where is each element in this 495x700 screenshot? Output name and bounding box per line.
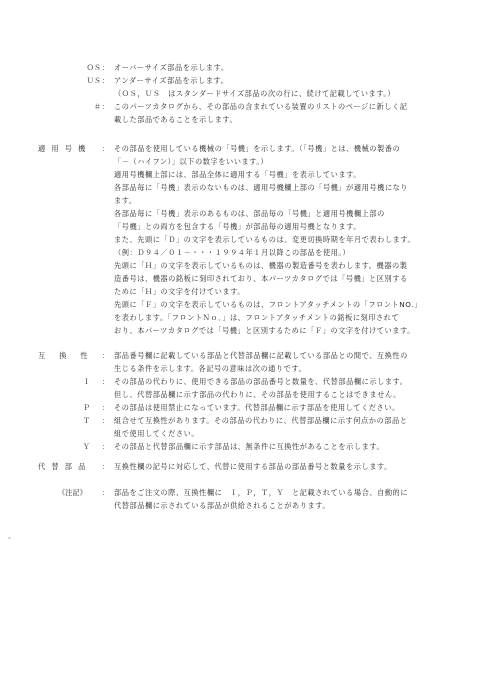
applicable-serial-line: 先頭に「Ｆ」の文字を表示しているものは、フロントアタッチメントの「フロントNO.… xyxy=(114,298,422,311)
code-i-line: 但し、代替部品欄に示す部品の代わりに、その部品を使用することはできません。 xyxy=(114,388,401,401)
interchangeability-line: 部品番号欄に記載している部品と代替部品欄に記載している部品との間で、互換性の xyxy=(114,349,408,362)
note-colon: ： xyxy=(102,486,108,499)
note-line: 代替部品欄に示されている部品が供給されることがあります。 xyxy=(114,499,330,512)
us-label: ＵＳ xyxy=(87,74,101,87)
applicable-serial-line: また、先頭に「Ｄ」の文字を表示しているものは、変更切換時期を年月で表わします。 xyxy=(114,233,415,246)
interchangeability-label: 互換性 xyxy=(38,349,102,362)
code-y-colon: ： xyxy=(102,440,108,453)
os-description: オーバーサイズ部品を示します。 xyxy=(114,61,229,74)
applicable-serial-line: 適用号機欄上部には、部品全体に適用する「号機」を表示しています。 xyxy=(114,168,361,181)
applicable-serial-line: ます。 xyxy=(114,194,137,207)
code-i-colon: ： xyxy=(102,375,108,388)
scan-mark xyxy=(8,537,11,539)
code-y-label: Ｙ xyxy=(83,440,90,453)
catalog-legend-page: ＯＳ ： オーバーサイズ部品を示します。 ＵＳ ： アンダーサイズ部品を示します… xyxy=(0,0,495,700)
applicable-serial-colon: ： xyxy=(102,142,108,155)
applicable-serial-line: 先頭に「Ｈ」の文字を表示しているものは、機器の製造番号を表わします。機器の製 xyxy=(114,259,407,272)
code-t-label: Ｔ xyxy=(83,414,90,427)
code-t-line: 組合せて互換性があります。その部品の代わりに、代替部品欄に示す何点かの部品と xyxy=(114,414,407,427)
os-colon: ： xyxy=(102,61,108,74)
note-line: 部品をご注文の際、互換性欄に Ｉ，Ｐ，Ｔ，Ｙ と記載されている場合、自動的に xyxy=(114,486,408,499)
code-y-line: その部品と代替部品欄に示す部品は、無条件に互換性があることを示します。 xyxy=(114,440,384,453)
code-i-line: その部品の代わりに、使用できる部品の部品番号と数量を、代替部品欄に示します。 xyxy=(114,375,407,388)
interchangeability-line: 生じる条件を示します。各記号の意味は次の通りです。 xyxy=(114,362,306,375)
substitute-parts-description: 互換性欄の記号に対応して、代替に使用する部品の部品番号と数量を示します。 xyxy=(114,460,392,473)
code-p-line: その部品は使用禁止になっています。代替部品欄に示す部品を使用してください。 xyxy=(114,401,400,414)
code-t-colon: ： xyxy=(102,414,108,427)
applicable-serial-line: 各部品毎に「号機」表示のあるものは、部品毎の「号機」と適用号機欄上部の xyxy=(114,207,385,220)
applicable-serial-line: 造番号は、機器の銘板に刻印されており、本パーツカタログでは「号機」と区別する xyxy=(114,272,408,285)
hash-colon: ： xyxy=(102,100,108,113)
hash-label: ＃ xyxy=(94,100,101,113)
os-label: ＯＳ xyxy=(87,61,101,74)
applicable-serial-line: その部品を使用している機械の「号機」を示します。（「号機」とは、機械の製番の xyxy=(114,142,400,155)
applicable-serial-line: おり、本パーツカタログでは「号機」と区別するために「Ｆ」の文字を付けています。 xyxy=(114,324,415,337)
code-t-line: 組で使用してください。 xyxy=(114,427,199,440)
note-label: 《注記》 xyxy=(58,486,87,499)
substitute-parts-label: 代替部品 xyxy=(38,460,92,473)
interchangeability-colon: ： xyxy=(102,349,108,362)
code-i-label: Ｉ xyxy=(83,375,90,388)
us-colon: ： xyxy=(102,74,108,87)
applicable-serial-line: 各部品毎に「号機」表示のないものは、適用号機欄上部の「号機」が適用号機になり xyxy=(114,181,408,194)
applicable-serial-line: ために「Ｈ」の文字を付けています。 xyxy=(114,285,245,298)
code-p-label: Ｐ xyxy=(83,401,90,414)
hash-description-line2: 載した部品であることを示します。 xyxy=(114,113,237,126)
applicable-serial-line: 「－（ハイフン）」以下の数字をいいます。） xyxy=(114,155,268,168)
applicable-serial-example: （例：Ｄ９４／０１－・・・１９９４年１月以降この部品を使用。） xyxy=(114,246,350,259)
us-description: アンダーサイズ部品を示します。 xyxy=(114,74,228,87)
applicable-serial-line: を表わします。「フロントＮｏ．」は、フロントアタッチメントの銘板に刻印されて xyxy=(114,311,399,324)
code-p-colon: ： xyxy=(102,401,108,414)
hash-description-line1: このパーツカタログから、その部品の含まれている装置のリストのページに新しく記 xyxy=(114,100,407,113)
applicable-serial-line: 「号機」との両方を包含する「号機」が部品毎の適用号機となります。 xyxy=(114,220,361,233)
substitute-parts-colon: ： xyxy=(102,460,108,473)
us-note: （ＯＳ，ＵＳ はスタンダードサイズ部品の次の行に、続けて記載しています。） xyxy=(114,87,395,100)
applicable-serial-label: 適用号機 xyxy=(38,142,92,155)
